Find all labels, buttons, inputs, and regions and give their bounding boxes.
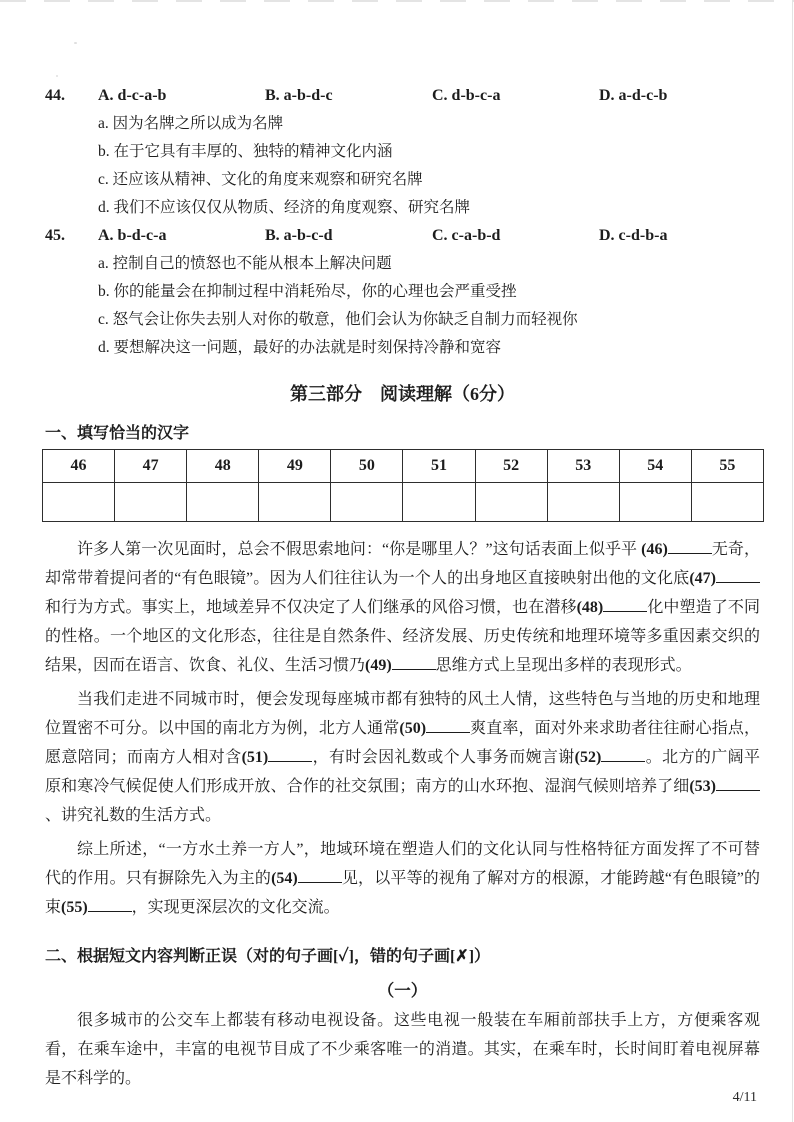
blank-number: (54) (271, 870, 298, 887)
question-45-options: A. b-d-c-aB. a-b-c-dC. c-a-b-dD. c-d-b-a (98, 227, 667, 244)
answer-grid-number-cell: 52 (475, 450, 547, 483)
question-number: 45. (45, 222, 98, 250)
fill-in-blank (298, 866, 342, 883)
part-1-heading: 一、填写恰当的汉字 (45, 421, 760, 447)
fill-in-blank (268, 745, 312, 762)
blank-number: (46) (641, 541, 668, 558)
question-44: 44.A. d-c-a-bB. a-b-d-cC. d-b-c-aD. a-d-… (45, 82, 760, 222)
question-45-options-row: 45.A. b-d-c-aB. a-b-c-dC. c-a-b-dD. c-d-… (45, 222, 760, 250)
answer-grid-number-cell: 47 (115, 450, 187, 483)
answer-option: D. c-d-b-a (599, 222, 667, 250)
question-45: 45.A. b-d-c-aB. a-b-c-dC. c-a-b-dD. c-d-… (45, 222, 760, 362)
question-44-options-row: 44.A. d-c-a-bB. a-b-d-cC. d-b-c-aD. a-d-… (45, 82, 760, 110)
answer-grid-blank-row (43, 483, 764, 522)
exam-page: 44.A. d-c-a-bB. a-b-d-cC. d-b-c-aD. a-d-… (0, 0, 794, 1122)
answer-option: C. c-a-b-d (432, 222, 599, 250)
answer-option: A. d-c-a-b (98, 82, 265, 110)
answer-grid-table: 46474849505152535455 (42, 449, 764, 522)
part-2-passage: 很多城市的公交车上都装有移动电视设备。这些电视一般装在车厢前部扶手上方，方便乘客… (45, 1006, 760, 1093)
answer-grid-blank-cell (331, 483, 403, 522)
sentence-item: b. 在于它具有丰厚的、独特的精神文化内涵 (98, 138, 760, 166)
question-45-items: a. 控制自己的愤怒也不能从根本上解决问题b. 你的能量会在抑制过程中消耗殆尽，… (45, 250, 760, 362)
sentence-item: d. 我们不应该仅仅从物质、经济的角度观察、研究名牌 (98, 194, 760, 222)
passage-paragraph-3: 综上所述，“一方水土养一方人”，地域环境在塑造人们的文化认同与性格特征方面发挥了… (45, 835, 760, 922)
answer-grid-blank-cell (403, 483, 475, 522)
blank-number: (53) (689, 778, 716, 795)
fill-in-blank (392, 653, 436, 670)
blank-number: (50) (399, 720, 426, 737)
answer-option: B. a-b-d-c (265, 82, 432, 110)
question-44-options: A. d-c-a-bB. a-b-d-cC. d-b-c-aD. a-d-c-b (98, 87, 667, 104)
sentence-item: c. 怒气会让你失去别人对你的敬意，他们会认为你缺乏自制力而轻视你 (98, 306, 760, 334)
answer-option: A. b-d-c-a (98, 222, 265, 250)
answer-grid-blank-cell (115, 483, 187, 522)
sentence-item: c. 还应该从精神、文化的角度来观察和研究名牌 (98, 166, 760, 194)
sentence-item: b. 你的能量会在抑制过程中消耗殆尽，你的心理也会严重受挫 (98, 278, 760, 306)
answer-option: D. a-d-c-b (599, 82, 667, 110)
fill-in-blank (88, 895, 132, 912)
sentence-item: a. 控制自己的愤怒也不能从根本上解决问题 (98, 250, 760, 278)
part-1-fill-in-characters: 一、填写恰当的汉字 46474849505152535455 许多人第一次见面时… (45, 421, 760, 922)
question-number: 44. (45, 82, 98, 110)
blank-number: (52) (575, 749, 602, 766)
answer-grid-header-row: 46474849505152535455 (43, 450, 764, 483)
answer-grid-number-cell: 48 (187, 450, 259, 483)
part-2-heading: 二、根据短文内容判断正误（对的句子画[✓]，错的句子画[✗]） (45, 944, 760, 970)
passage-paragraph-2: 当我们走进不同城市时，便会发现每座城市都有独特的风土人情，这些特色与当地的历史和… (45, 685, 760, 830)
fill-in-blank (716, 774, 760, 791)
sentence-item: d. 要想解决这一问题，最好的办法就是时刻保持冷静和宽容 (98, 334, 760, 362)
blank-number: (55) (61, 899, 88, 916)
answer-grid-blank-cell (691, 483, 763, 522)
fill-in-blank (668, 537, 712, 554)
answer-grid-number-cell: 53 (547, 450, 619, 483)
blank-number: (51) (242, 749, 269, 766)
answer-grid-number-cell: 50 (331, 450, 403, 483)
answer-option: B. a-b-c-d (265, 222, 432, 250)
fill-in-blank (603, 595, 647, 612)
sentence-item: a. 因为名牌之所以成为名牌 (98, 110, 760, 138)
passage-number: （一） (45, 978, 760, 1004)
part-2-true-false: 二、根据短文内容判断正误（对的句子画[✓]，错的句子画[✗]） （一） 很多城市… (45, 944, 760, 1093)
answer-grid-blank-cell (547, 483, 619, 522)
fill-in-blank (601, 745, 645, 762)
blank-number: (47) (689, 570, 716, 587)
answer-grid-number-cell: 49 (259, 450, 331, 483)
question-44-items: a. 因为名牌之所以成为名牌b. 在于它具有丰厚的、独特的精神文化内涵c. 还应… (45, 110, 760, 222)
answer-grid-blank-cell (43, 483, 115, 522)
answer-grid-blank-cell (619, 483, 691, 522)
answer-grid-number-cell: 55 (691, 450, 763, 483)
answer-grid-blank-cell (187, 483, 259, 522)
answer-option: C. d-b-c-a (432, 82, 599, 110)
answer-grid-number-cell: 54 (619, 450, 691, 483)
fill-in-blank (716, 566, 760, 583)
answer-grid-blank-cell (475, 483, 547, 522)
blank-number: (49) (365, 657, 392, 674)
page-number: 4/11 (733, 1090, 757, 1106)
answer-grid-blank-cell (259, 483, 331, 522)
passage-paragraph-1: 许多人第一次见面时，总会不假思索地问：“你是哪里人？”这句话表面上似乎平 (46… (45, 535, 760, 680)
answer-grid-number-cell: 46 (43, 450, 115, 483)
answer-grid-number-cell: 51 (403, 450, 475, 483)
blank-number: (48) (577, 599, 604, 616)
fill-in-blank (426, 716, 470, 733)
section-title: 第三部分 阅读理解（6分） (45, 380, 760, 408)
